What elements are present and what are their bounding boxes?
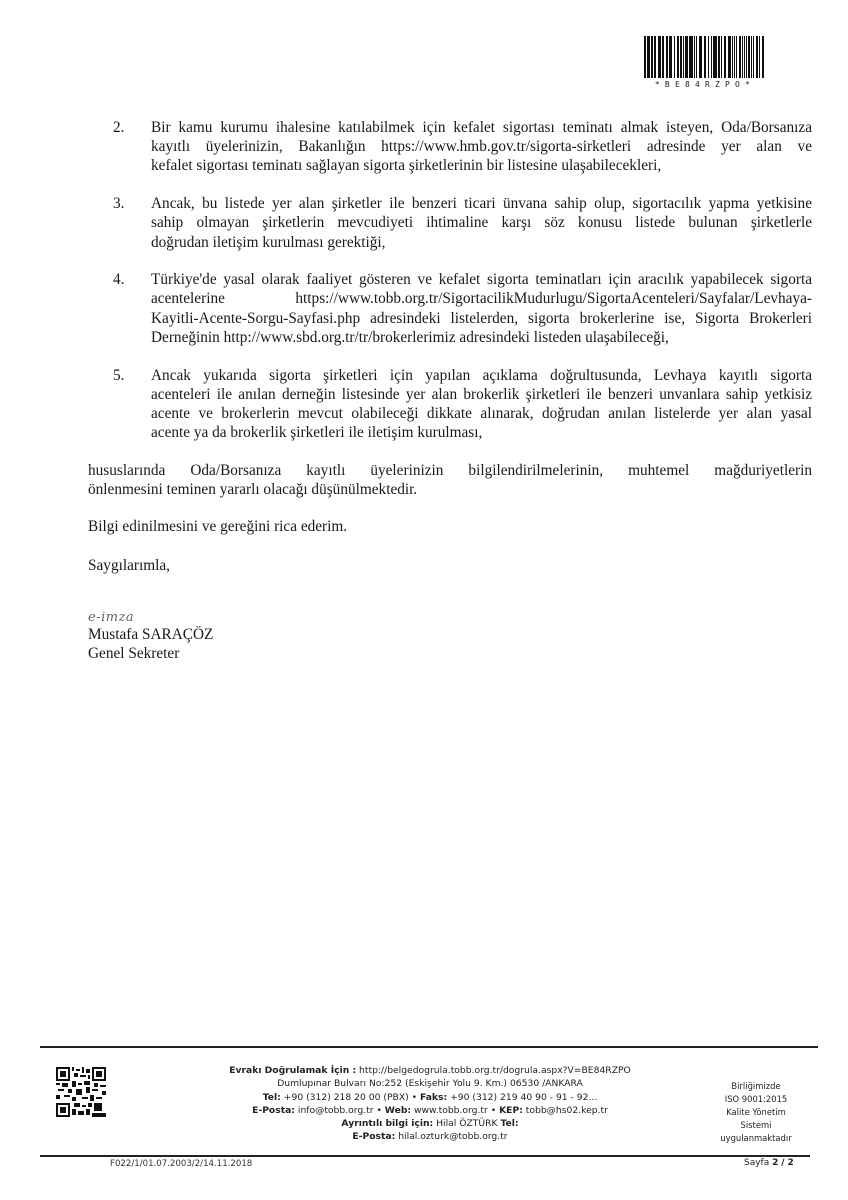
- barcode-bar: [705, 36, 706, 78]
- contact-email-label: E-Posta:: [352, 1131, 395, 1142]
- page-total: 2: [787, 1158, 793, 1168]
- page-label: Sayfa: [744, 1158, 769, 1168]
- closing-sentence: Bilgi edinilmesini ve gereğini rica eder…: [88, 517, 812, 536]
- barcode-bar: [658, 36, 660, 78]
- bullet-separator: •: [412, 1092, 417, 1103]
- barcode-bar: [651, 36, 653, 78]
- iso-line: Sistemi: [700, 1119, 812, 1132]
- list-item-number: 4.: [88, 270, 141, 347]
- barcode-bar: [647, 36, 649, 78]
- barcode-bar: [689, 36, 690, 78]
- barcode-bar: [677, 36, 678, 78]
- barcode-label: *BE84RZPO*: [644, 80, 766, 89]
- email-label: E-Posta:: [252, 1105, 295, 1116]
- verify-label: Evrakı Doğrulamak İçin :: [229, 1065, 356, 1076]
- contact-label: Ayrıntılı bilgi için:: [341, 1118, 433, 1129]
- page-current: 2: [772, 1158, 778, 1168]
- text-line: kayıtlı üyelerinizin, Bakanlığın https:/…: [151, 137, 812, 156]
- barcode-bar: [704, 36, 705, 78]
- barcode-bar: [753, 36, 754, 78]
- text-line: acenteleri ile anılan derneğin listesind…: [151, 385, 812, 404]
- barcode-bar: [756, 36, 758, 78]
- barcode-bar: [751, 36, 752, 78]
- barcode-bar: [662, 36, 663, 78]
- text-line: Ancak yukarıda sigorta şirketleri için y…: [151, 366, 812, 385]
- email-link[interactable]: info@tobb.org.tr: [298, 1105, 374, 1116]
- footer-divider-bottom: [40, 1155, 810, 1157]
- contact-person-line: Ayrıntılı bilgi için: Hilal ÖZTÜRK Tel:: [190, 1117, 670, 1130]
- signature-block: e-imza Mustafa SARAÇÖZ Genel Sekreter: [88, 611, 812, 663]
- kep-label: KEP:: [499, 1105, 523, 1116]
- barcode-bar: [678, 36, 679, 78]
- list-item-text: Bir kamu kurumu ihalesine katılabilmek i…: [141, 118, 812, 176]
- contact-tel-label: Tel:: [500, 1118, 518, 1129]
- list-item: 5.Ancak yukarıda sigorta şirketleri için…: [88, 366, 812, 443]
- contact-name: Hilal ÖZTÜRK: [436, 1118, 497, 1129]
- contact-email-link[interactable]: hilal.ozturk@tobb.org.tr: [398, 1131, 507, 1142]
- signer-title: Genel Sekreter: [88, 644, 812, 663]
- barcode-bar: [746, 36, 747, 78]
- regards: Saygılarımla,: [88, 556, 812, 575]
- numbered-list: 2.Bir kamu kurumu ihalesine katılabilmek…: [88, 118, 812, 442]
- barcode-bar: [744, 36, 745, 78]
- barcode-bar: [759, 36, 760, 78]
- text-line: Kayitli-Acente-Sorgu-Sayfasi.php adresin…: [151, 309, 812, 328]
- barcode-bar: [748, 36, 749, 78]
- barcode-bar: [644, 36, 646, 78]
- verify-url-link[interactable]: http://belgedogrula.tobb.org.tr/dogrula.…: [359, 1065, 631, 1076]
- footer-divider-top: [40, 1046, 818, 1048]
- text-line: acentelerine https://www.tobb.org.tr/Sig…: [151, 289, 812, 308]
- barcode-bar: [690, 36, 692, 78]
- conclusion-line: önlenmesini teminen yararlı olacağı düşü…: [88, 480, 812, 499]
- fax-value: +90 (312) 219 40 90 - 91 - 92...: [450, 1092, 597, 1103]
- text-line: sahip olmayan şirketlerin mevcudiyeti ih…: [151, 213, 812, 232]
- barcode-bar: [739, 36, 741, 78]
- barcode-bar: [694, 36, 695, 78]
- list-item-number: 5.: [88, 366, 141, 443]
- page-number: Sayfa 2 / 2: [744, 1158, 794, 1168]
- list-item-text: Ancak, bu listede yer alan şirketler ile…: [141, 194, 812, 252]
- page-separator: /: [781, 1158, 784, 1168]
- text-line: Türkiye'de yasal olarak faaliyet göstere…: [151, 270, 812, 289]
- barcode-bar: [674, 36, 675, 78]
- barcode-bar: [680, 36, 682, 78]
- list-item-number: 2.: [88, 118, 141, 176]
- web-link[interactable]: www.tobb.org.tr: [414, 1105, 488, 1116]
- bullet-separator: •: [491, 1105, 496, 1116]
- barcode-bar: [663, 36, 664, 78]
- footer-contact-block: Evrakı Doğrulamak İçin : http://belgedog…: [190, 1064, 670, 1144]
- verify-line: Evrakı Doğrulamak İçin : http://belgedog…: [190, 1064, 670, 1077]
- form-code: F022/1/01.07.2003/2/14.11.2018: [110, 1159, 252, 1169]
- tel-label: Tel:: [263, 1092, 281, 1103]
- barcode-bar: [714, 36, 716, 78]
- text-line: Ancak, bu listede yer alan şirketler ile…: [151, 194, 812, 213]
- iso-certification-note: Birliğimizde ISO 9001:2015 Kalite Yöneti…: [700, 1080, 812, 1145]
- address: Dumlupınar Bulvarı No:252 (Eskişehir Yol…: [190, 1077, 670, 1090]
- letter-body: 2.Bir kamu kurumu ihalesine katılabilmek…: [88, 118, 812, 663]
- qr-code-icon: [56, 1067, 106, 1117]
- document-barcode: *BE84RZPO*: [644, 36, 766, 89]
- barcode-bar: [736, 36, 737, 78]
- barcode-bar: [654, 36, 656, 78]
- barcode-bars: [644, 36, 766, 78]
- text-line: acente ve brokerlerin mevcut olabileceği…: [151, 404, 812, 423]
- barcode-bar: [721, 36, 722, 78]
- list-item-text: Türkiye'de yasal olarak faaliyet göstere…: [141, 270, 812, 347]
- conclusion-line: hususlarında Oda/Borsanıza kayıtlı üyele…: [88, 461, 812, 480]
- barcode-bar: [762, 36, 764, 78]
- list-item: 4.Türkiye'de yasal olarak faaliyet göste…: [88, 270, 812, 347]
- iso-line: Birliğimizde: [700, 1080, 812, 1093]
- bullet-separator: •: [376, 1105, 381, 1116]
- barcode-bar: [696, 36, 697, 78]
- barcode-bar: [669, 36, 671, 78]
- conclusion-paragraph: hususlarında Oda/Borsanıza kayıtlı üyele…: [88, 461, 812, 499]
- signer-name: Mustafa SARAÇÖZ: [88, 625, 812, 644]
- barcode-bar: [711, 36, 712, 78]
- barcode-bar: [713, 36, 714, 78]
- iso-line: uygulanmaktadır: [700, 1132, 812, 1145]
- tel-value: +90 (312) 218 20 00 (PBX): [284, 1092, 409, 1103]
- text-line: kefalet sigortası teminatı sağlayan sigo…: [151, 156, 812, 175]
- barcode-bar: [685, 36, 687, 78]
- text-line: Bir kamu kurumu ihalesine katılabilmek i…: [151, 118, 812, 137]
- online-contact-line: E-Posta: info@tobb.org.tr • Web: www.tob…: [190, 1104, 670, 1117]
- list-item-text: Ancak yukarıda sigorta şirketleri için y…: [141, 366, 812, 443]
- web-label: Web:: [385, 1105, 411, 1116]
- phone-line: Tel: +90 (312) 218 20 00 (PBX) • Faks: +…: [190, 1091, 670, 1104]
- barcode-bar: [732, 36, 733, 78]
- text-line: doğrudan iletişim kurulması gerektiği,: [151, 233, 812, 252]
- list-item: 2.Bir kamu kurumu ihalesine katılabilmek…: [88, 118, 812, 176]
- contact-email-line: E-Posta: hilal.ozturk@tobb.org.tr: [190, 1130, 670, 1143]
- iso-line: ISO 9001:2015: [700, 1093, 812, 1106]
- e-signature-mark: e-imza: [88, 611, 812, 625]
- text-line: Derneğinin http://www.sbd.org.tr/tr/brok…: [151, 328, 812, 347]
- kep-link[interactable]: tobb@hs02.kep.tr: [526, 1105, 608, 1116]
- barcode-bar: [666, 36, 668, 78]
- list-item: 3.Ancak, bu listede yer alan şirketler i…: [88, 194, 812, 252]
- barcode-bar: [724, 36, 726, 78]
- barcode-bar: [683, 36, 684, 78]
- barcode-bar: [728, 36, 730, 78]
- barcode-bar: [734, 36, 735, 78]
- barcode-bar: [699, 36, 701, 78]
- text-line: acente ya da brokerlik şirketleri ile il…: [151, 423, 812, 442]
- list-item-number: 3.: [88, 194, 141, 252]
- iso-line: Kalite Yönetim: [700, 1106, 812, 1119]
- barcode-bar: [708, 36, 709, 78]
- barcode-bar: [718, 36, 720, 78]
- barcode-bar: [742, 36, 743, 78]
- fax-label: Faks:: [420, 1092, 447, 1103]
- barcode-bar: [749, 36, 750, 78]
